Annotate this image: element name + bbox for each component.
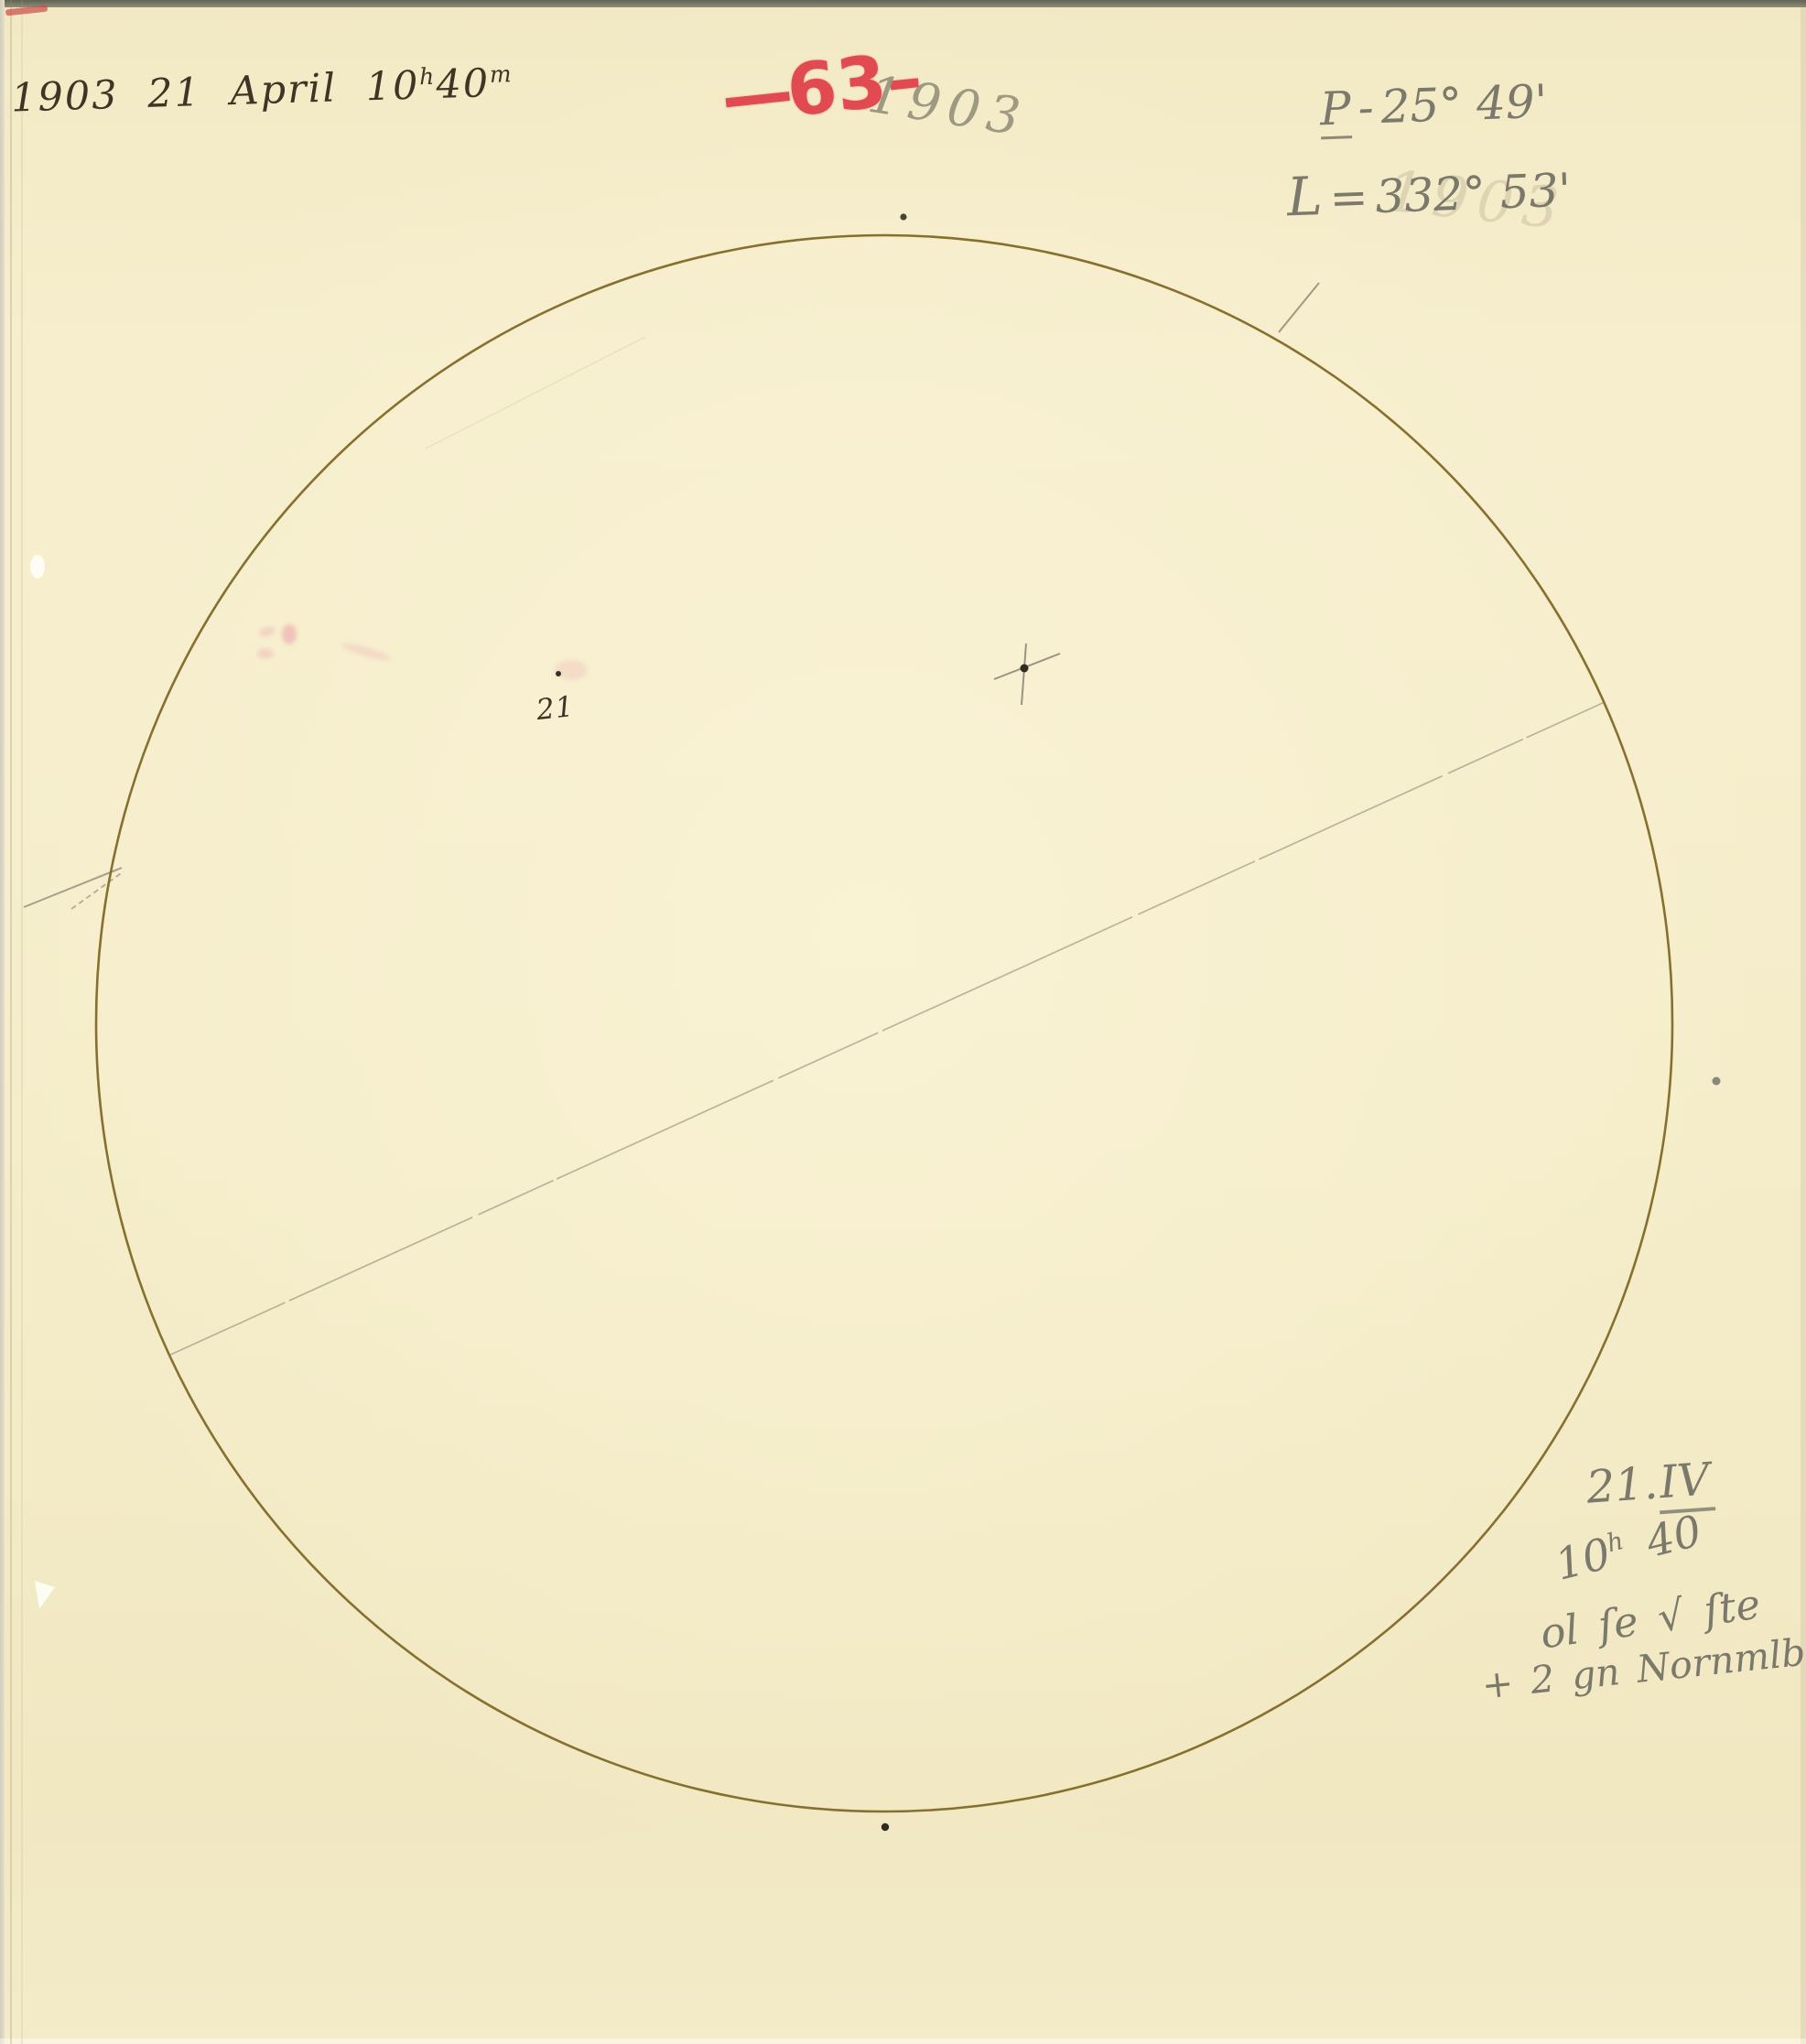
orientation-pencil-line bbox=[168, 702, 1605, 1356]
l-label: L bbox=[1286, 165, 1324, 228]
position-angle-annotation: P-25° 49' bbox=[1319, 75, 1548, 136]
center-cross-ink-dot bbox=[1021, 665, 1029, 673]
page-number-left-dash: — bbox=[718, 51, 792, 140]
note-date-line: 21.IV bbox=[1584, 1453, 1714, 1514]
faculae-pink-smudge bbox=[555, 660, 588, 680]
pink-mark-1 bbox=[258, 624, 276, 638]
top-right-limb-tick bbox=[1279, 283, 1319, 332]
hour-superscript: h bbox=[419, 63, 437, 91]
south-orientation-dot bbox=[881, 1823, 889, 1831]
p-label: P bbox=[1319, 81, 1352, 139]
l-separator: = bbox=[1322, 170, 1377, 225]
l-value: 332° 53' bbox=[1375, 164, 1573, 223]
p-separator: - bbox=[1350, 81, 1382, 135]
paper-chip-lower-left bbox=[35, 1581, 55, 1609]
minute-superscript: m bbox=[489, 60, 514, 88]
paper-chip-upper-left bbox=[30, 555, 45, 579]
pink-mark-3 bbox=[257, 648, 274, 659]
spot-group-number: 21 bbox=[535, 690, 576, 727]
date-minutes: 40 bbox=[436, 60, 491, 108]
note-day: 21. bbox=[1584, 1456, 1660, 1513]
right-margin-pencil-dot bbox=[1713, 1077, 1721, 1086]
sunspot-dot bbox=[556, 671, 561, 676]
faint-scratch-line bbox=[426, 337, 645, 449]
observation-sheet: 1903 21 April 10h40m —63– 1903 1903 P-25… bbox=[0, 0, 1806, 2044]
pink-mark-2 bbox=[282, 624, 297, 644]
solar-drawing-layer bbox=[0, 0, 1806, 2044]
p-value: 25° 49' bbox=[1380, 75, 1549, 134]
note-month-roman: IV bbox=[1656, 1453, 1715, 1514]
longitude-annotation: L=332° 53' bbox=[1286, 157, 1572, 229]
pink-streak bbox=[341, 640, 393, 663]
center-cross-vertical bbox=[1022, 643, 1026, 705]
solar-disk-outline bbox=[96, 235, 1672, 1811]
north-orientation-dot bbox=[900, 213, 906, 220]
